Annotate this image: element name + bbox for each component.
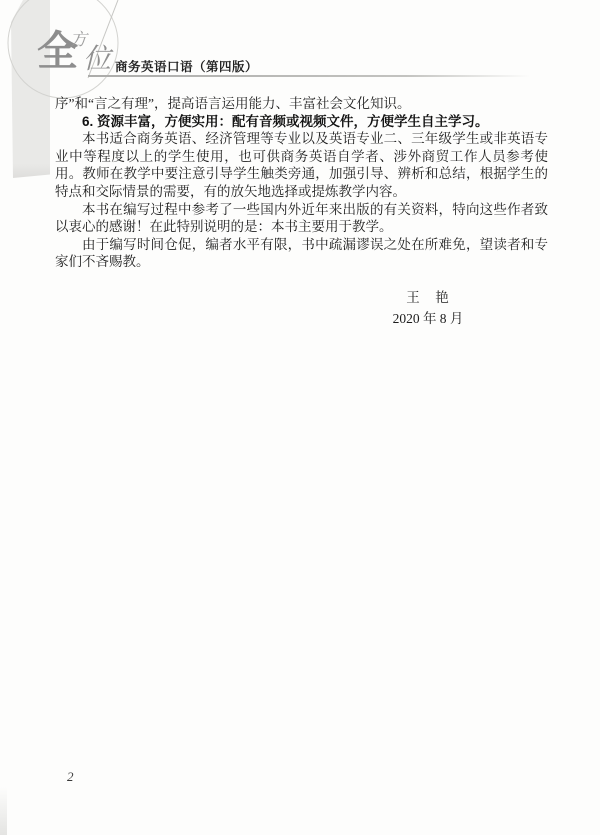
page-number: 2 — [67, 769, 74, 785]
paragraph-acknowledgement: 本书在编写过程中参考了一些国内外近年来出版的有关资料，特向这些作者致以衷心的感谢… — [55, 201, 548, 236]
author-name: 王 艳 — [358, 287, 498, 308]
paragraph-continuation: 序”和“言之有理”，提高语言运用能力、丰富社会文化知识。 — [55, 95, 548, 113]
signature-date: 2020 年 8 月 — [358, 308, 498, 329]
scan-corner-smudge — [0, 787, 7, 835]
paragraph-apology: 由于编写时间仓促，编者水平有限，书中疏漏谬误之处在所难免，望读者和专家们不吝赐教… — [55, 236, 548, 271]
signature-block: 王 艳 2020 年 8 月 — [358, 287, 498, 329]
feature-text: 配有音频或视频文件，方便学生自主学习。 — [232, 114, 489, 129]
paragraph-feature-item: 6. 资源丰富，方便实用：配有音频或视频文件，方便学生自主学习。 — [55, 113, 548, 131]
logo-char-wei: 位 — [83, 46, 111, 74]
header-divider-rule — [88, 75, 530, 77]
paragraph-audience: 本书适合商务英语、经济管理等专业以及英语专业二、三年级学生或非英语专业中等程度以… — [55, 130, 548, 200]
preface-body: 序”和“言之有理”，提高语言运用能力、丰富社会文化知识。 6. 资源丰富，方便实… — [55, 95, 548, 271]
feature-label: 6. 资源丰富，方便实用： — [82, 114, 232, 129]
book-title-header: 商务英语口语（第四版） — [115, 57, 258, 75]
